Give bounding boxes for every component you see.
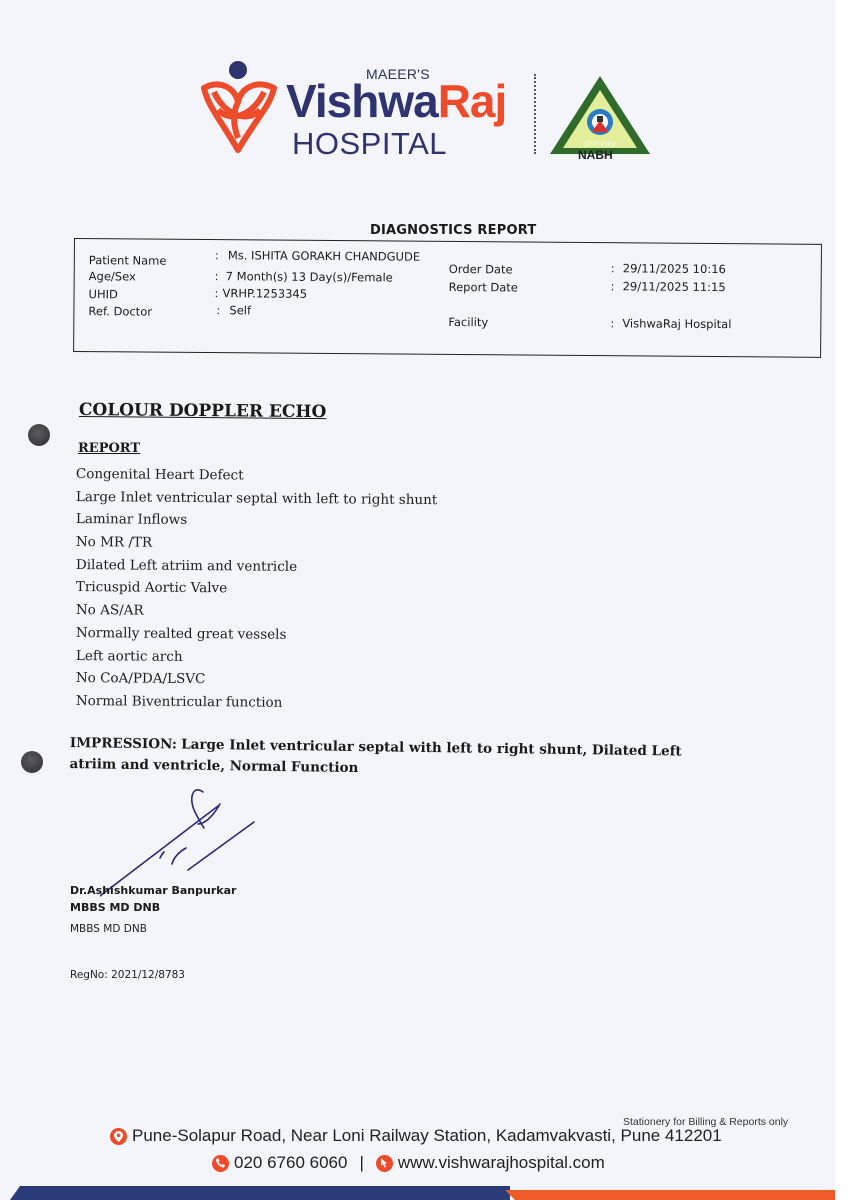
- phone-icon: [212, 1155, 229, 1172]
- colon: :: [610, 316, 614, 330]
- contact-separator: |: [359, 1153, 363, 1173]
- report-title: DIAGNOSTICS REPORT: [370, 223, 536, 238]
- study-title: COLOUR DOPPLER ECHO: [79, 400, 327, 422]
- finding-item: Congenital Heart Defect: [76, 463, 438, 489]
- finding-item: No AS/AR: [76, 599, 438, 625]
- patient-info-box: Patient Name : Ms. ISHITA GORAKH CHANDGU…: [73, 238, 822, 358]
- finding-item: Laminar Inflows: [76, 508, 438, 534]
- uhid-label: UHID: [89, 287, 118, 301]
- doctor-reg-no: RegNo: 2021/12/8783: [70, 969, 185, 981]
- footer-band-orange: [505, 1190, 835, 1200]
- colon: :: [611, 279, 615, 293]
- footer-band-blue: [10, 1186, 510, 1200]
- colon: :: [216, 303, 220, 317]
- colon: :: [215, 248, 219, 262]
- report-date-value: 29/11/2025 11:15: [623, 279, 726, 294]
- footer-contact: 020 6760 6060 | www.vishwarajhospital.co…: [212, 1153, 605, 1173]
- location-pin-icon: [110, 1128, 127, 1145]
- report-page: MAEER'S VishwaRaj HOSPITAL CERTIFIED NAB…: [0, 0, 835, 1200]
- finding-item: Normally realted great vessels: [76, 622, 438, 648]
- signature-icon: [100, 778, 270, 898]
- website-link[interactable]: www.vishwarajhospital.com: [398, 1153, 605, 1173]
- address-text: Pune-Solapur Road, Near Loni Railway Sta…: [132, 1126, 722, 1146]
- facility-label: Facility: [448, 315, 488, 329]
- uhid-value: VRHP.1253345: [223, 286, 308, 301]
- ref-doctor-value: Self: [229, 303, 251, 317]
- doctor-qualification: MBBS MD DNB: [70, 923, 147, 935]
- brand-name-part2: Raj: [438, 75, 507, 127]
- punch-hole: [21, 751, 43, 773]
- order-date-label: Order Date: [449, 262, 513, 277]
- facility-value: VishwaRaj Hospital: [622, 316, 731, 331]
- colon: :: [611, 261, 615, 275]
- age-sex-label: Age/Sex: [89, 269, 136, 283]
- footer-address: Pune-Solapur Road, Near Loni Railway Sta…: [110, 1126, 722, 1146]
- patient-name-label: Patient Name: [89, 253, 167, 268]
- finding-item: Left aortic arch: [76, 645, 438, 671]
- impression-label: IMPRESSION:: [70, 735, 177, 752]
- finding-item: No MR /TR: [76, 531, 438, 557]
- header-divider: [534, 74, 536, 154]
- order-date-value: 29/11/2025 10:16: [623, 261, 726, 276]
- hospital-logo-icon: [198, 58, 280, 154]
- age-sex-value: 7 Month(s) 13 Day(s)/Female: [226, 269, 393, 284]
- phone-number[interactable]: 020 6760 6060: [234, 1153, 347, 1173]
- brand-subtitle: HOSPITAL: [292, 126, 447, 162]
- finding-item: No CoA/PDA/LSVC: [76, 667, 438, 693]
- colon: :: [215, 286, 219, 300]
- patient-name-value: Ms. ISHITA GORAKH CHANDGUDE: [228, 248, 420, 264]
- punch-hole: [28, 424, 50, 446]
- impression: IMPRESSION: Large Inlet ventricular sept…: [69, 733, 710, 784]
- report-date-label: Report Date: [449, 280, 518, 295]
- cursor-web-icon: [376, 1155, 393, 1172]
- nabh-label: NABH: [578, 148, 613, 162]
- findings-list: Congenital Heart Defect Large Inlet vent…: [76, 463, 437, 713]
- colon: :: [215, 269, 219, 283]
- brand-name: VishwaRaj: [286, 74, 506, 128]
- finding-item: Normal Biventricular function: [76, 690, 438, 716]
- report-heading: REPORT: [78, 441, 140, 456]
- ref-doctor-label: Ref. Doctor: [88, 304, 152, 318]
- finding-item: Tricuspid Aortic Valve: [76, 576, 438, 602]
- doctor-name: Dr.Ashishkumar Banpurkar: [70, 884, 236, 897]
- page-edge: [835, 0, 848, 1200]
- doctor-qualification-bold: MBBS MD DNB: [70, 901, 160, 914]
- brand-name-part1: Vishwa: [286, 75, 438, 127]
